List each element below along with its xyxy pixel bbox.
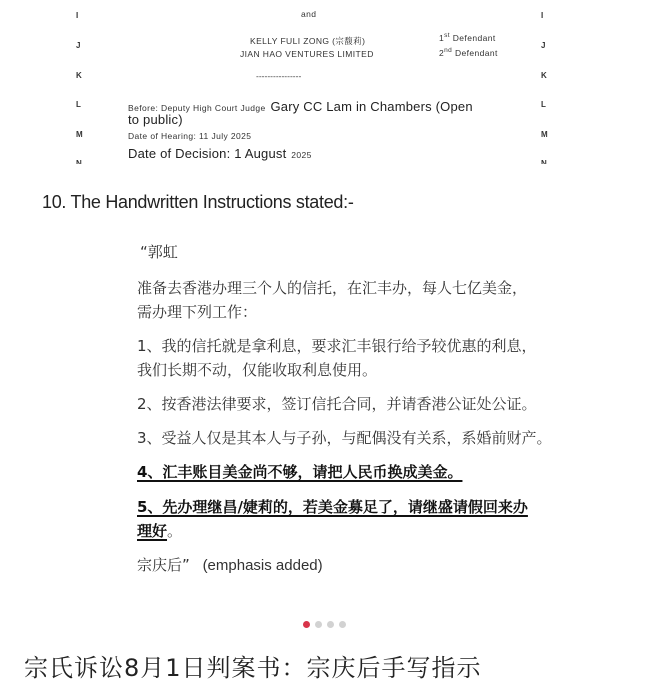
carousel-dot-4[interactable]: [339, 621, 346, 628]
paragraph-heading: 10. The Handwritten Instructions stated:…: [42, 192, 354, 213]
margin-letter-n-left: N: [76, 159, 82, 164]
before-line: Before: Deputy High Court Judge Gary CC …: [128, 101, 518, 126]
quote-intro: 准备去香港办理三个人的信托，在汇丰办，每人七亿美金， 需办理下列工作：: [137, 276, 587, 324]
quote-salutation: “郭虹: [140, 240, 590, 264]
and-text: and: [301, 9, 316, 19]
quote-item-5-emphasized: 5、先办理继昌/婕莉的，若美金募足了，请继盛请假回来办 理好。: [137, 495, 587, 543]
document-image: I I J J K K L L M M N N and KELLY FULI Z…: [0, 0, 660, 600]
margin-letter-m-right: M: [541, 130, 548, 139]
quote-signature: 宗庆后” (emphasis added): [137, 553, 587, 578]
defendant1-role: 1st Defendant: [439, 33, 496, 43]
divider-line: ----------------: [256, 71, 301, 81]
margin-letter-j-left: J: [76, 41, 80, 50]
defendant2-name: JIAN HAO VENTURES LIMITED: [240, 49, 374, 59]
decision-date: Date of Decision: 1 August 2025: [128, 145, 312, 163]
margin-letter-k-right: K: [541, 71, 547, 80]
margin-letter-n-right: N: [541, 159, 547, 164]
carousel-pagination: [303, 621, 346, 628]
margin-letter-i-left: I: [76, 11, 78, 20]
margin-letter-l-left: L: [76, 100, 81, 109]
quote-item-2: 2、按香港法律要求，签订信托合同，并请香港公证处公证。: [137, 392, 587, 416]
quote-item-1: 1、我的信托就是拿利息，要求汇丰银行给予较优惠的利息， 我们长期不动，仅能收取利…: [137, 334, 587, 382]
defendant1-name: KELLY FULI ZONG (宗馥莉): [250, 35, 365, 47]
quote-item-3: 3、受益人仅是其本人与子孙，与配偶没有关系，系婚前财产。: [137, 426, 587, 450]
hearing-date: Date of Hearing: 11 July 2025: [128, 131, 251, 141]
margin-letter-j-right: J: [541, 41, 545, 50]
margin-letter-m-left: M: [76, 130, 83, 139]
image-caption: 宗氏诉讼8月1日判案书：宗庆后手写指示: [24, 648, 482, 683]
margin-letter-l-right: L: [541, 100, 546, 109]
defendant2-role: 2nd Defendant: [439, 48, 498, 58]
carousel-dot-1-active[interactable]: [303, 621, 310, 628]
margin-letter-k-left: K: [76, 71, 82, 80]
carousel-dot-3[interactable]: [327, 621, 334, 628]
carousel-dot-2[interactable]: [315, 621, 322, 628]
margin-letter-i-right: I: [541, 11, 543, 20]
quote-item-4-emphasized: 4、汇丰账目美金尚不够，请把人民币换成美金。: [137, 460, 587, 484]
